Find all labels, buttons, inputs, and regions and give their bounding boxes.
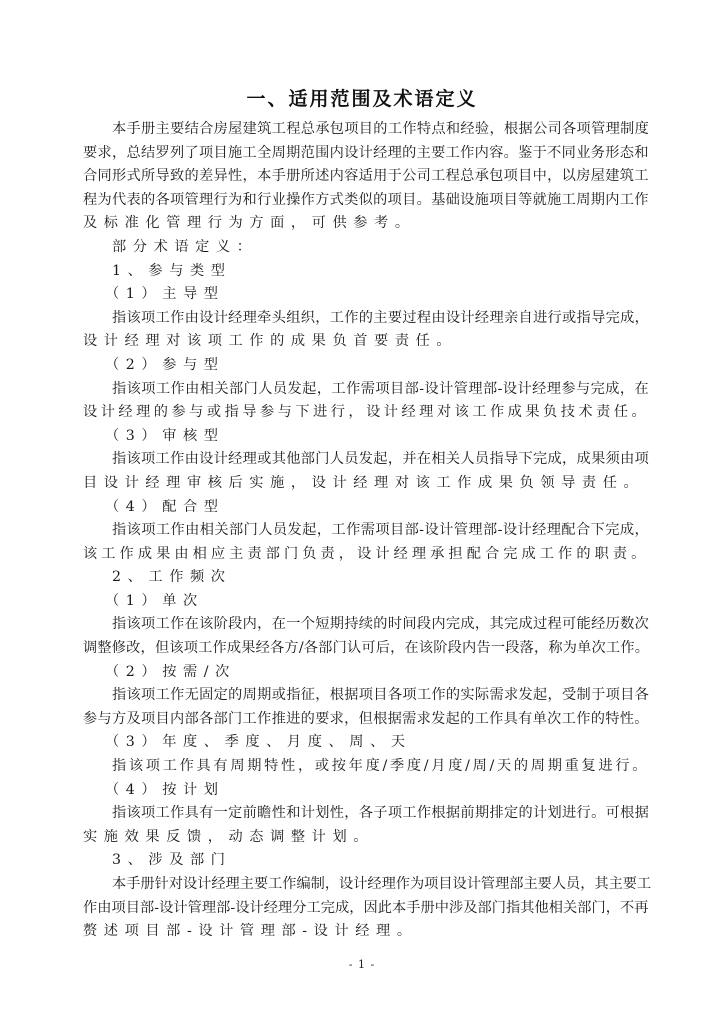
text-line: 指该项工作由设计经理牵头组织，工作的主要过程由设计经理亲自进行或指导完成， [83,307,649,331]
text-line: 本手册主要结合房屋建筑工程总承包项目的工作特点和经验，根据公司各项管理制度 [83,118,649,142]
section-title: 一、适用范围及术语定义 [0,84,724,111]
text-line: 3、涉及部门 [83,849,649,873]
text-line: 2、工作频次 [83,566,649,590]
subheading-line: （4）配合型 [83,496,649,520]
text-line: 实施效果反馈，动态调整计划。 [83,826,649,850]
text-line: 赘述项目部-设计管理部-设计经理。 [83,920,649,944]
subheading-line: （2）参与型 [83,354,649,378]
subheading-line: （3）年度、季度、月度、周、天 [83,731,649,755]
text-line: 部分术语定义： [83,236,649,260]
text-line: 指该项工作无固定的周期或指征，根据项目各项工作的实际需求发起，受制于项目各 [83,684,649,708]
text-line: 合同形式所导致的差异性，本手册所述内容适用于公司工程总承包项目中，以房屋建筑工 [83,165,649,189]
text-line: 及标准化管理行为方面，可供参考。 [83,212,649,236]
text-line: 1、参与类型 [83,260,649,284]
subheading-line: （2）按需/次 [83,661,649,685]
text-line: 指该项工作由相关部门人员发起，工作需项目部-设计管理部-设计经理配合下完成， [83,519,649,543]
text-line: 参与方及项目内部各部门工作推进的要求，但根据需求发起的工作具有单次工作的特性。 [83,708,649,732]
text-line: 设计经理的参与或指导参与下进行，设计经理对该工作成果负技术责任。 [83,401,649,425]
text-line: 指该项工作在该阶段内，在一个短期持续的时间段内完成，其完成过程可能经历数次 [83,613,649,637]
text-line: 本手册针对设计经理主要工作编制，设计经理作为项目设计管理部主要人员，其主要工 [83,873,649,897]
text-line: 指该项工作由设计经理或其他部门人员发起，并在相关人员指导下完成，成果须由项 [83,448,649,472]
text-line: 作由项目部-设计管理部-设计经理分工完成，因此本手册中涉及部门指其他相关部门，不… [83,897,649,921]
document-body: 本手册主要结合房屋建筑工程总承包项目的工作特点和经验，根据公司各项管理制度要求，… [83,118,649,944]
text-line: 要求，总结罗列了项目施工全周期范围内设计经理的主要工作内容。鉴于不同业务形态和 [83,142,649,166]
text-line: 目设计经理审核后实施，设计经理对该工作成果负领导责任。 [83,472,649,496]
text-line: 指该项工作由相关部门人员发起，工作需项目部-设计管理部-设计经理参与完成，在 [83,378,649,402]
document-page: 一、适用范围及术语定义 本手册主要结合房屋建筑工程总承包项目的工作特点和经验，根… [0,0,724,1024]
text-line: 调整修改，但该项工作成果经各方/各部门认可后，在该阶段内告一段落，称为单次工作。 [83,637,649,661]
subheading-line: （3）审核型 [83,425,649,449]
text-line: 该工作成果由相应主责部门负责，设计经理承担配合完成工作的职责。 [83,543,649,567]
subheading-line: （4）按计划 [83,779,649,803]
page-number: - 1 - [0,958,724,971]
subheading-line: （1）单次 [83,590,649,614]
text-line: 程为代表的各项管理行为和行业操作方式类似的项目。基础设施项目等就施工周期内工作 [83,189,649,213]
subheading-line: （1）主导型 [83,283,649,307]
text-line: 设计经理对该项工作的成果负首要责任。 [83,330,649,354]
text-line: 指该项工作具有周期特性，或按年度/季度/月度/周/天的周期重复进行。 [83,755,649,779]
text-line: 指该项工作具有一定前瞻性和计划性，各子项工作根据前期排定的计划进行。可根据 [83,802,649,826]
